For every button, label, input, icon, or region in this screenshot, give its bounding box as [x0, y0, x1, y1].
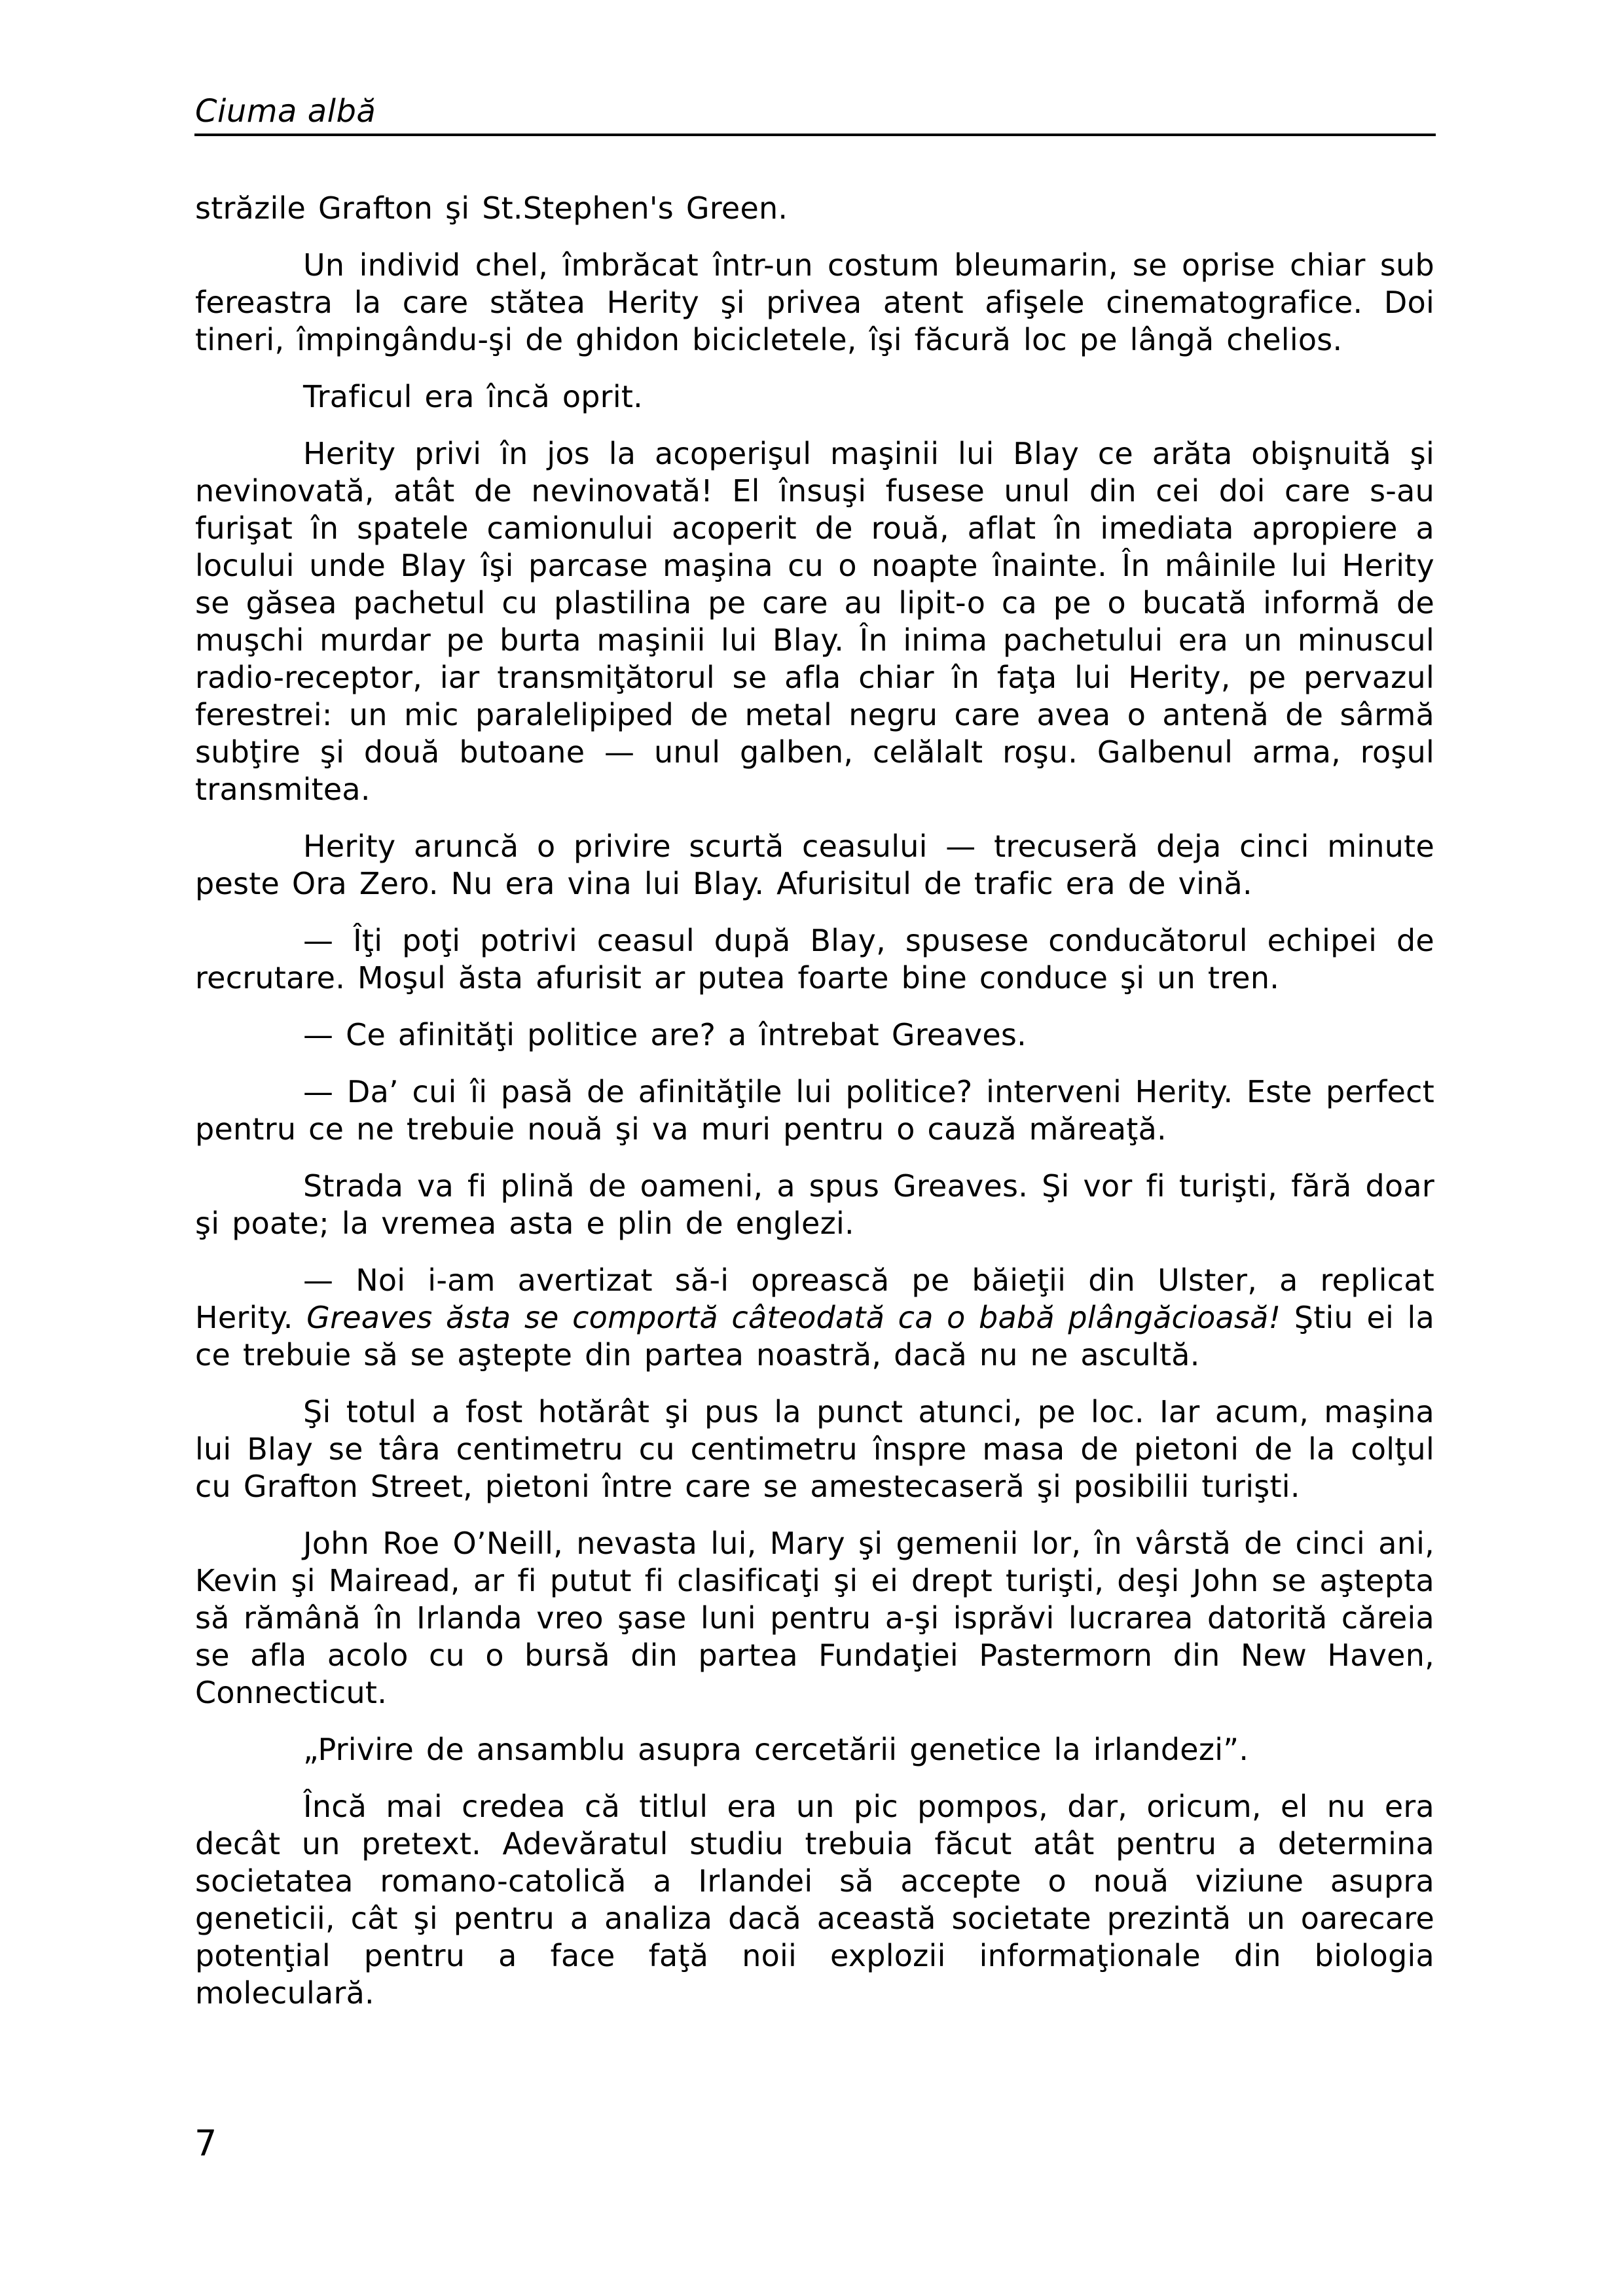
paragraph-run: Strada va fi plină de oameni, a spus Gre… — [195, 1168, 1434, 1241]
paragraph-run: străzile Grafton şi St.Stephen's Green. — [195, 190, 788, 226]
paragraph: — Da’ cui îi pasă de afinităţile lui pol… — [195, 1073, 1434, 1148]
paragraph-run: John Roe O’Neill, nevasta lui, Mary şi g… — [195, 1526, 1434, 1710]
paragraph: Un individ chel, îmbrăcat într-un costum… — [195, 247, 1434, 359]
paragraph: Strada va fi plină de oameni, a spus Gre… — [195, 1168, 1434, 1242]
paragraph: Şi totul a fost hotărât şi pus la punct … — [195, 1393, 1434, 1505]
paragraph: Încă mai credea că titlul era un pic pom… — [195, 1788, 1434, 2012]
paragraph-run: Şi totul a fost hotărât şi pus la punct … — [195, 1394, 1434, 1504]
paragraph: — Noi i-am avertizat să-i oprească pe bă… — [195, 1262, 1434, 1374]
paragraph: Herity aruncă o privire scurtă ceasului … — [195, 828, 1434, 903]
book-page: Ciuma albă străzile Grafton şi St.Stephe… — [0, 0, 1623, 2296]
paragraph: Herity privi în jos la acoperişul maşini… — [195, 435, 1434, 808]
header-rule — [194, 134, 1436, 136]
paragraph: străzile Grafton şi St.Stephen's Green. — [195, 190, 1434, 227]
body-text: străzile Grafton şi St.Stephen's Green.U… — [195, 190, 1434, 2032]
paragraph-run: Încă mai credea că titlul era un pic pom… — [195, 1789, 1434, 2011]
paragraph-run: Un individ chel, îmbrăcat într-un costum… — [195, 247, 1434, 357]
page-number: 7 — [194, 2126, 217, 2161]
paragraph-run: — Da’ cui îi pasă de afinităţile lui pol… — [195, 1074, 1434, 1147]
paragraph: Traficul era încă oprit. — [195, 378, 1434, 416]
running-header-title: Ciuma albă — [195, 96, 376, 127]
paragraph-run-italic: Greaves ăsta se comportă câteodată ca o … — [306, 1300, 1281, 1335]
paragraph-run: Herity aruncă o privire scurtă ceasului … — [195, 829, 1434, 901]
paragraph: John Roe O’Neill, nevasta lui, Mary şi g… — [195, 1525, 1434, 1712]
paragraph-run: — Îţi poţi potrivi ceasul după Blay, spu… — [195, 923, 1434, 996]
paragraph-run: Traficul era încă oprit. — [303, 379, 643, 414]
paragraph: — Ce afinităţi politice are? a întrebat … — [195, 1016, 1434, 1054]
paragraph-run: — Ce afinităţi politice are? a întrebat … — [303, 1017, 1027, 1052]
paragraph-run: Herity privi în jos la acoperişul maşini… — [195, 436, 1434, 807]
paragraph: „Privire de ansamblu asupra cercetării g… — [195, 1731, 1434, 1768]
paragraph-run: „Privire de ansamblu asupra cercetării g… — [303, 1732, 1249, 1767]
paragraph: — Îţi poţi potrivi ceasul după Blay, spu… — [195, 922, 1434, 997]
